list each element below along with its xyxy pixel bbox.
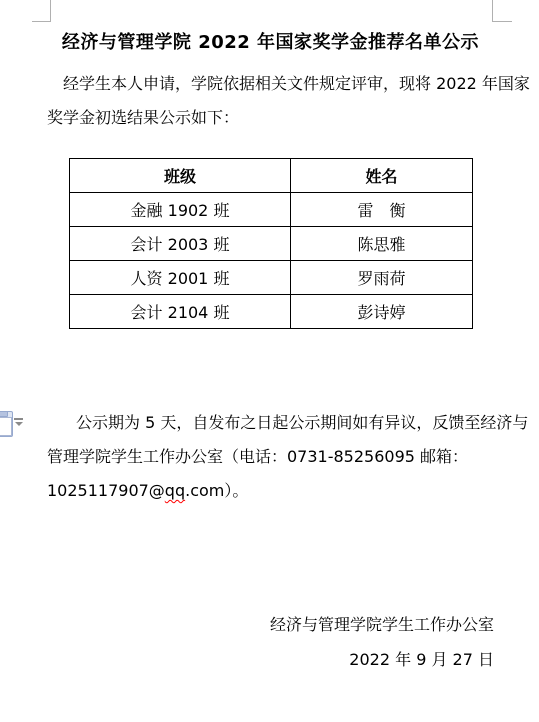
signature-org: 经济与管理学院学生工作办公室 [48,612,494,635]
table-row: 金融 1902 班 雷 衡 [70,193,473,227]
email-prefix: 1025117907@ [47,481,165,500]
header-name: 姓名 [291,159,473,193]
document-page: 经济与管理学院 2022 年国家奖学金推荐名单公示 经学生本人申请，学院依据相关… [0,0,539,722]
notice-line-1: 公示期为 5 天，自发布之日起公示期间如有异议，反馈至经济与 [76,413,528,433]
cell-class: 金融 1902 班 [70,193,291,227]
crop-mark-top-right-horizontal [492,21,512,22]
intro-line-1: 经学生本人申请，学院依据相关文件规定评审，现将 2022 年国家 [63,74,530,94]
signature-date: 2022 年 9 月 27 日 [48,647,494,670]
cell-name: 罗雨荷 [291,261,473,295]
crop-mark-top-left-horizontal [32,21,51,22]
chevron-down-icon [14,418,23,420]
cell-name: 陈思雅 [291,227,473,261]
email-suffix: .com）。 [185,481,248,500]
chevron-down-icon [15,422,23,426]
cell-class: 人资 2001 班 [70,261,291,295]
cell-class: 会计 2104 班 [70,295,291,329]
document-title: 经济与管理学院 2022 年国家奖学金推荐名单公示 [48,28,493,54]
table-row: 会计 2104 班 彭诗婷 [70,295,473,329]
cell-class: 会计 2003 班 [70,227,291,261]
clipboard-icon [0,411,13,437]
header-class: 班级 [70,159,291,193]
cell-name: 彭诗婷 [291,295,473,329]
clipboard-page-icon [0,417,12,436]
spellcheck-flagged-text: qq [165,481,185,500]
intro-line-2: 奖学金初选结果公示如下： [47,108,239,128]
table-row: 人资 2001 班 罗雨荷 [70,261,473,295]
paste-options-button[interactable] [0,410,25,438]
crop-mark-top-left-vertical [50,0,51,22]
scholarship-roster-table: 班级 姓名 金融 1902 班 雷 衡 会计 2003 班 陈思雅 人资 200… [69,158,473,329]
table-row: 会计 2003 班 陈思雅 [70,227,473,261]
notice-line-3: 1025117907@qq.com）。 [47,481,248,501]
cell-name: 雷 衡 [291,193,473,227]
notice-line-2: 管理学院学生工作办公室（电话：0731-85256095 邮箱： [47,447,468,467]
table-header-row: 班级 姓名 [70,159,473,193]
crop-mark-top-right-vertical [492,0,493,22]
